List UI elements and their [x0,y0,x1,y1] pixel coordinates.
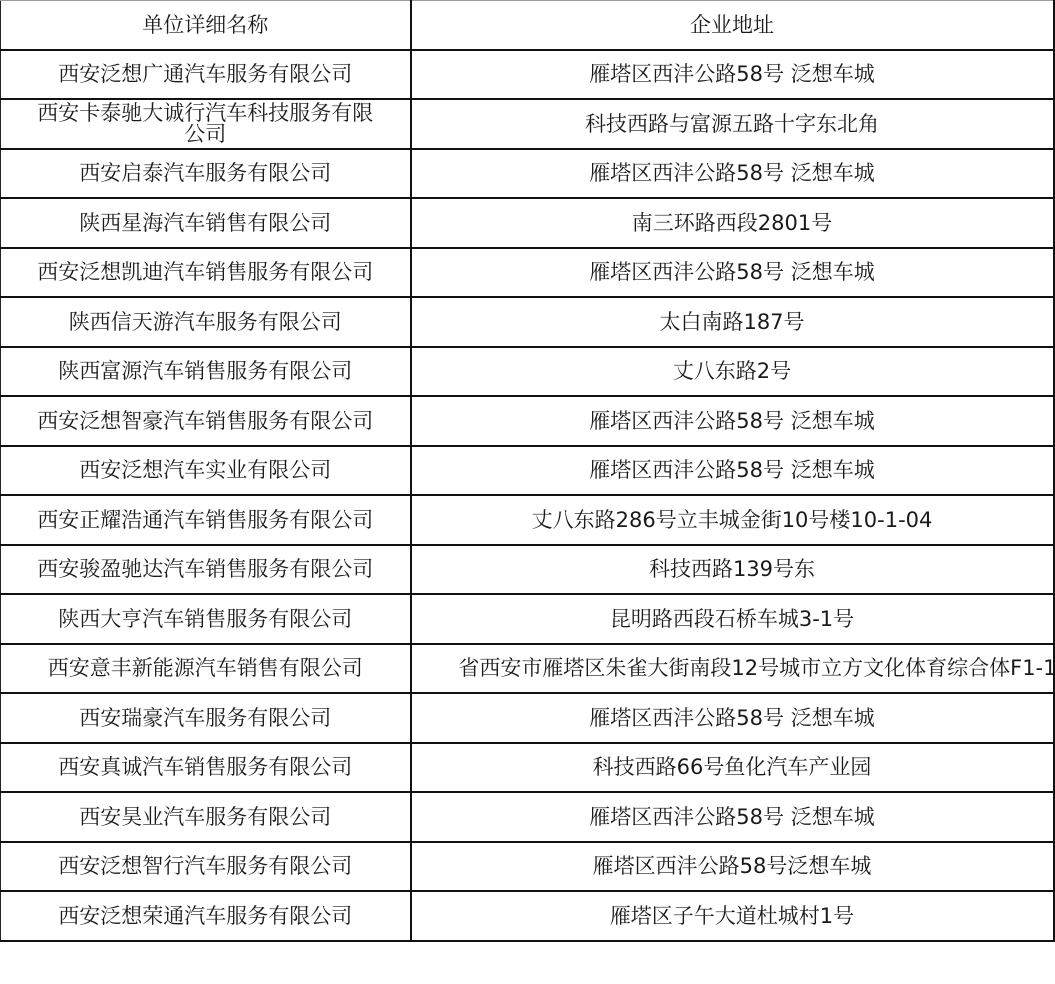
header-company-name[interactable]: 单位详细名称 [1,1,411,50]
company-name-cell[interactable]: 西安泛想凯迪汽车销售服务有限公司 [1,248,411,298]
company-name-cell[interactable]: 西安正耀浩通汽车销售服务有限公司 [1,495,411,545]
company-address-cell[interactable]: 太白南路187号 [411,297,1054,347]
table-row: 西安瑞豪汽车服务有限公司 雁塔区西沣公路58号 泛想车城 [1,693,1054,743]
company-name-cell[interactable]: 西安启泰汽车服务有限公司 [1,149,411,199]
table-row: 西安泛想汽车实业有限公司 雁塔区西沣公路58号 泛想车城 [1,446,1054,496]
company-address-cell[interactable]: 雁塔区西沣公路58号 泛想车城 [411,248,1054,298]
company-address-cell[interactable]: 丈八东路2号 [411,347,1054,397]
company-name-cell[interactable]: 陕西信天游汽车服务有限公司 [1,297,411,347]
table-row: 西安意丰新能源汽车销售有限公司 省西安市雁塔区朱雀大街南段12号城市立方文化体育… [1,644,1054,694]
company-name-cell[interactable]: 陕西星海汽车销售有限公司 [1,198,411,248]
company-address-cell[interactable]: 雁塔区西沣公路58号 泛想车城 [411,693,1054,743]
company-address-cell[interactable]: 雁塔区西沣公路58号 泛想车城 [411,446,1054,496]
table-row: 陕西富源汽车销售服务有限公司 丈八东路2号 [1,347,1054,397]
table-row: 陕西信天游汽车服务有限公司 太白南路187号 [1,297,1054,347]
company-name-cell[interactable]: 西安泛想广通汽车服务有限公司 [1,50,411,100]
table-row: 陕西大亨汽车销售服务有限公司 昆明路西段石桥车城3-1号 [1,594,1054,644]
company-name-cell[interactable]: 西安瑞豪汽车服务有限公司 [1,693,411,743]
company-address-cell[interactable]: 雁塔区西沣公路58号 泛想车城 [411,149,1054,199]
table-row: 西安骏盈驰达汽车销售服务有限公司 科技西路139号东 [1,545,1054,595]
company-address-cell[interactable]: 南三环路西段2801号 [411,198,1054,248]
table-row: 西安正耀浩通汽车销售服务有限公司 丈八东路286号立丰城金街10号楼10-1-0… [1,495,1054,545]
table-row: 西安泛想智豪汽车销售服务有限公司 雁塔区西沣公路58号 泛想车城 [1,396,1054,446]
company-address-cell[interactable]: 雁塔区西沣公路58号 泛想车城 [411,50,1054,100]
company-name-cell[interactable]: 西安卡泰驰大诚行汽车科技服务有限公司 [1,99,411,149]
table-row: 西安卡泰驰大诚行汽车科技服务有限公司 科技西路与富源五路十字东北角 [1,99,1054,149]
company-name-cell[interactable]: 西安泛想智豪汽车销售服务有限公司 [1,396,411,446]
table-row: 西安昊业汽车服务有限公司 雁塔区西沣公路58号 泛想车城 [1,792,1054,842]
company-address-text: 省西安市雁塔区朱雀大街南段12号城市立方文化体育综合体F1-1 [458,657,1053,679]
company-address-cell[interactable]: 雁塔区西沣公路58号 泛想车城 [411,396,1054,446]
table-row: 西安泛想广通汽车服务有限公司 雁塔区西沣公路58号 泛想车城 [1,50,1054,100]
company-address-cell[interactable]: 丈八东路286号立丰城金街10号楼10-1-04 [411,495,1054,545]
company-address-cell[interactable]: 雁塔区西沣公路58号泛想车城 [411,842,1054,892]
company-address-cell[interactable]: 科技西路与富源五路十字东北角 [411,99,1054,149]
company-address-cell[interactable]: 科技西路66号鱼化汽车产业园 [411,743,1054,793]
company-name-cell[interactable]: 西安泛想荣通汽车服务有限公司 [1,891,411,941]
table-row: 西安泛想荣通汽车服务有限公司 雁塔区子午大道杜城村1号 [1,891,1054,941]
company-name-cell[interactable]: 西安真诚汽车销售服务有限公司 [1,743,411,793]
table-row: 西安泛想凯迪汽车销售服务有限公司 雁塔区西沣公路58号 泛想车城 [1,248,1054,298]
company-name-cell[interactable]: 西安泛想智行汽车服务有限公司 [1,842,411,892]
company-address-table: 单位详细名称 企业地址 西安泛想广通汽车服务有限公司 雁塔区西沣公路58号 泛想… [0,0,1055,942]
table-row: 西安真诚汽车销售服务有限公司 科技西路66号鱼化汽车产业园 [1,743,1054,793]
company-name-cell[interactable]: 陕西大亨汽车销售服务有限公司 [1,594,411,644]
company-address-cell[interactable]: 雁塔区子午大道杜城村1号 [411,891,1054,941]
table-row: 西安泛想智行汽车服务有限公司 雁塔区西沣公路58号泛想车城 [1,842,1054,892]
company-address-cell[interactable]: 省西安市雁塔区朱雀大街南段12号城市立方文化体育综合体F1-1 [411,644,1054,694]
header-row: 单位详细名称 企业地址 [1,1,1054,50]
table-row: 陕西星海汽车销售有限公司 南三环路西段2801号 [1,198,1054,248]
header-company-address[interactable]: 企业地址 [411,1,1054,50]
company-name-cell[interactable]: 西安泛想汽车实业有限公司 [1,446,411,496]
company-name-cell[interactable]: 西安昊业汽车服务有限公司 [1,792,411,842]
company-name-cell[interactable]: 西安骏盈驰达汽车销售服务有限公司 [1,545,411,595]
company-name-cell[interactable]: 西安意丰新能源汽车销售有限公司 [1,644,411,694]
company-address-cell[interactable]: 雁塔区西沣公路58号 泛想车城 [411,792,1054,842]
company-address-cell[interactable]: 昆明路西段石桥车城3-1号 [411,594,1054,644]
company-name-cell[interactable]: 陕西富源汽车销售服务有限公司 [1,347,411,397]
company-address-cell[interactable]: 科技西路139号东 [411,545,1054,595]
table-row: 西安启泰汽车服务有限公司 雁塔区西沣公路58号 泛想车城 [1,149,1054,199]
